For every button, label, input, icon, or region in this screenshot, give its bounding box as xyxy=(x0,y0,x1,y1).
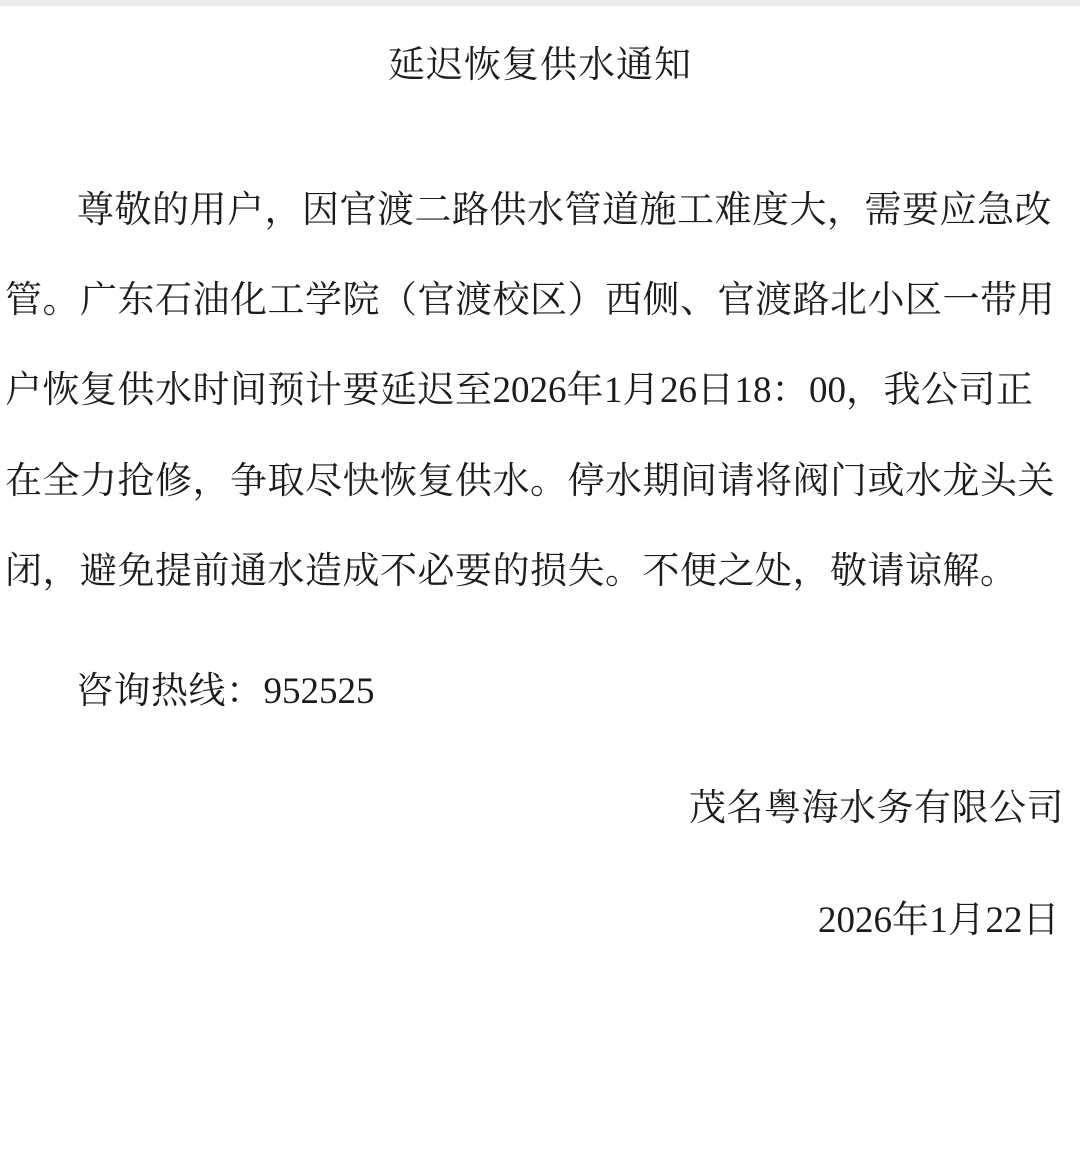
body-line-1: 尊敬的用户，因官渡二路供水管道施工难度大，需要应急改 xyxy=(5,165,1075,255)
body-line-4: 在全力抢修，争取尽快恢复供水。停水期间请将阀门或水龙头关 xyxy=(5,436,1075,526)
notice-body: 尊敬的用户，因官渡二路供水管道施工难度大，需要应急改 管。广东石油化工学院（官渡… xyxy=(0,165,1080,616)
signature-company: 茂名粤海水务有限公司 xyxy=(0,763,1080,853)
body-line-2: 管。广东石油化工学院（官渡校区）西侧、官渡路北小区一带用 xyxy=(5,255,1075,345)
hotline-line: 咨询热线：952525 xyxy=(0,646,1080,737)
notice-document: 延迟恢复供水通知 尊敬的用户，因官渡二路供水管道施工难度大，需要应急改 管。广东… xyxy=(0,0,1080,1169)
hotline-label: 咨询热线： xyxy=(76,670,264,711)
body-line-5: 闭，避免提前通水造成不必要的损失。不便之处，敬请谅解。 xyxy=(5,526,1075,616)
notice-title: 延迟恢复供水通知 xyxy=(0,6,1080,90)
signature-date: 2026年1月22日 xyxy=(0,875,1080,966)
hotline-number: 952525 xyxy=(264,671,375,712)
body-line-3: 户恢复供水时间预计要延迟至2026年1月26日18：00，我公司正 xyxy=(5,345,1075,436)
